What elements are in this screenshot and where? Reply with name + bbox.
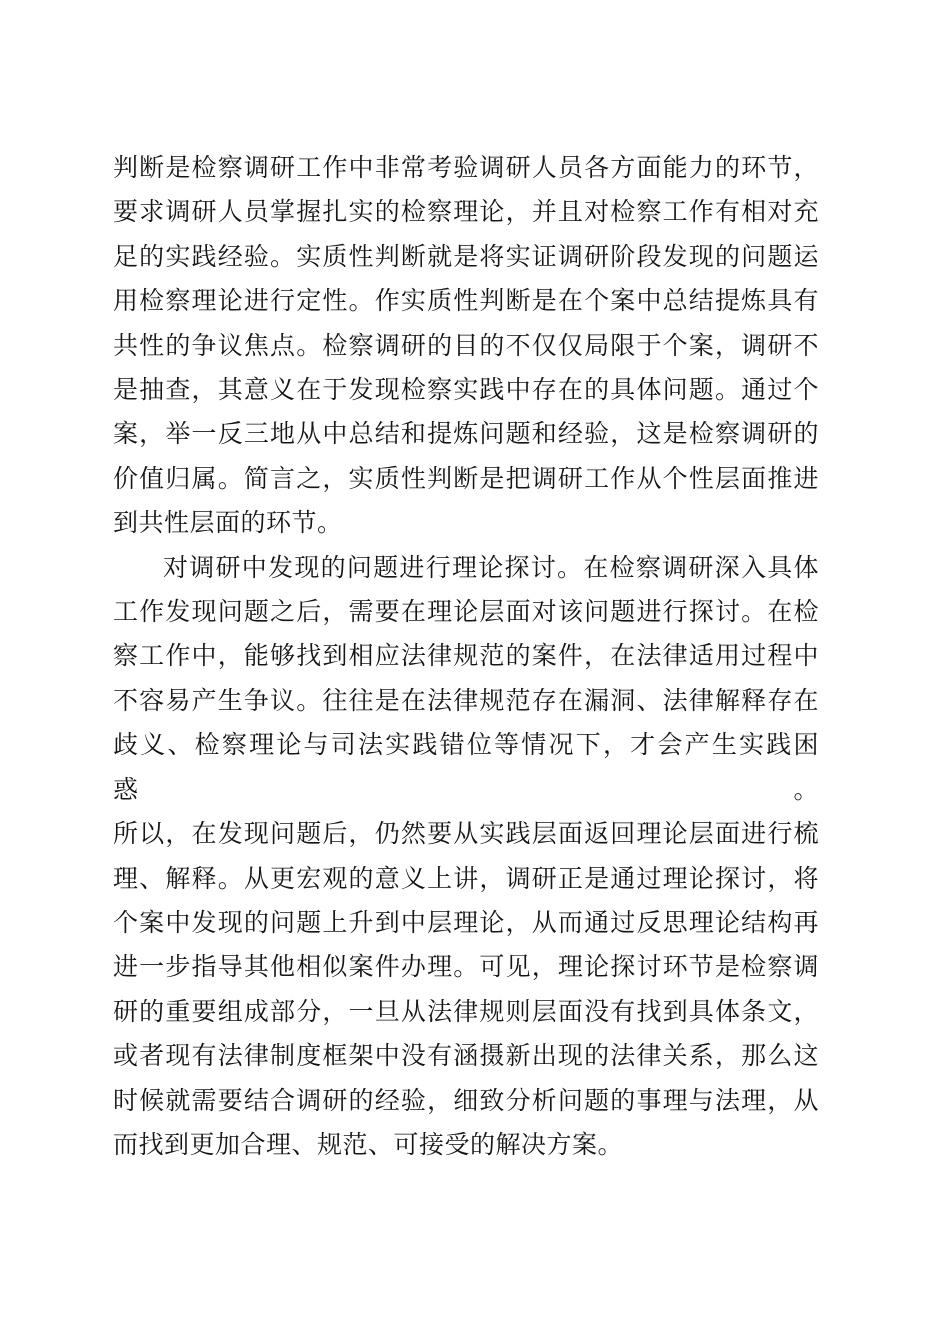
text-line: 判断是检察调研工作中非常考验调研人员各方面能力的环节，	[113, 147, 819, 191]
text-line: 时候就需要结合调研的经验，细致分析问题的事理与法理，从	[113, 1080, 819, 1124]
text-line: 工作发现问题之后，需要在理论层面对该问题进行探讨。在检	[113, 591, 819, 635]
text-line: 是抽查，其意义在于发现检察实践中存在的具体问题。通过个	[113, 369, 819, 413]
text-line: 进一步指导其他相似案件办理。可见，理论探讨环节是检察调	[113, 946, 819, 990]
text-line: 用检察理论进行定性。作实质性判断是在个案中总结提炼具有	[113, 280, 819, 324]
text-line: 对调研中发现的问题进行理论探讨。在检察调研深入具体	[113, 547, 819, 591]
text-line: 察工作中，能够找到相应法律规范的案件，在法律适用过程中	[113, 635, 819, 679]
text-line: 价值归属。简言之，实质性判断是把调研工作从个性层面推进	[113, 458, 819, 502]
text-line: 研的重要组成部分，一旦从法律规则层面没有找到具体条文，	[113, 991, 819, 1035]
text-line: 案，举一反三地从中总结和提炼问题和经验，这是检察调研的	[113, 413, 819, 457]
text-line: 理、解释。从更宏观的意义上讲，调研正是通过理论探讨，将	[113, 858, 819, 902]
text-line: 不容易产生争议。往往是在法律规范存在漏洞、法律解释存在	[113, 680, 819, 724]
text-line: 或者现有法律制度框架中没有涵摄新出现的法律关系，那么这	[113, 1035, 819, 1079]
text-line: 个案中发现的问题上升到中层理论，从而通过反思理论结构再	[113, 902, 819, 946]
document-body: 判断是检察调研工作中非常考验调研人员各方面能力的环节，要求调研人员掌握扎实的检察…	[113, 147, 819, 1168]
text-line: 要求调研人员掌握扎实的检察理论，并且对检察工作有相对充	[113, 191, 819, 235]
text-line: 所以，在发现问题后，仍然要从实践层面返回理论层面进行梳	[113, 813, 819, 857]
document-page: 判断是检察调研工作中非常考验调研人员各方面能力的环节，要求调研人员掌握扎实的检察…	[0, 0, 950, 1344]
text-line: 歧义、检察理论与司法实践错位等情况下，才会产生实践困惑。	[113, 724, 819, 813]
text-line: 而找到更加合理、规范、可接受的解决方案。	[113, 1124, 819, 1168]
text-line: 共性的争议焦点。检察调研的目的不仅仅局限于个案，调研不	[113, 325, 819, 369]
text-line: 到共性层面的环节。	[113, 502, 819, 546]
text-line: 足的实践经验。实质性判断就是将实证调研阶段发现的问题运	[113, 236, 819, 280]
